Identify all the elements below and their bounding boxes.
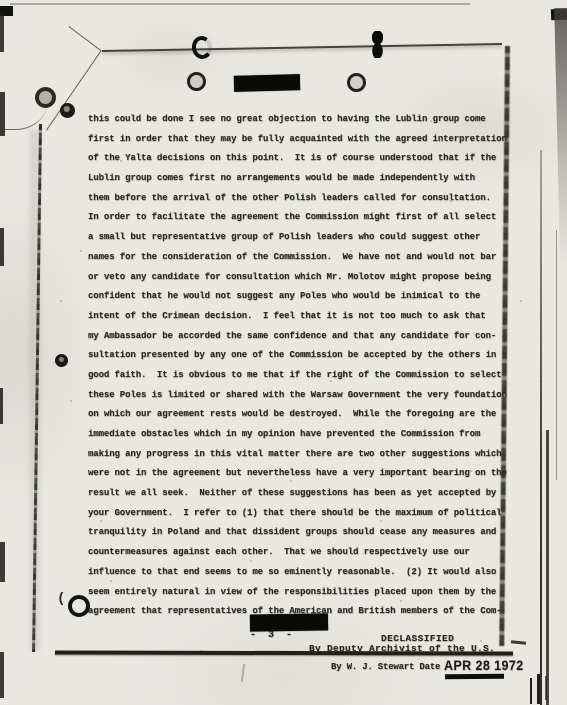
date-stamp-underline xyxy=(445,674,504,679)
typed-text-line: In order to facilitate the agreement the… xyxy=(88,208,518,228)
typed-text-line: on which our agreement rests would be de… xyxy=(88,405,518,425)
page-right-border-corner xyxy=(511,640,526,644)
typed-text-line: intent of the Crimean decision. I feel t… xyxy=(88,307,518,327)
document-body: this could be done I see no great object… xyxy=(88,110,518,622)
scan-left-edge-mark xyxy=(0,542,5,582)
hole-punch-icon xyxy=(68,595,90,617)
staple-mark-icon xyxy=(190,35,213,61)
archivist-signature-line: By W. J. Stewart Date xyxy=(331,662,440,672)
typed-text-line: this could be done I see no great object… xyxy=(88,110,518,130)
scan-left-edge-mark xyxy=(0,12,4,52)
typed-text-line: immediate obstacles which in my opinion … xyxy=(88,425,518,445)
scan-mark xyxy=(241,664,245,682)
fastener-mark-icon xyxy=(372,31,383,58)
typed-text-line: sultation presented by any one of the Co… xyxy=(88,346,518,366)
fold-crease-line xyxy=(68,26,101,51)
scan-right-shadow xyxy=(550,8,567,268)
pen-paren-mark: ( xyxy=(57,591,65,607)
outer-page-edge-line xyxy=(556,230,557,480)
date-stamp: APR 28 1972 xyxy=(444,658,524,673)
scan-mark xyxy=(530,678,532,704)
typed-text-line: countermeasures against each other. That… xyxy=(88,543,518,563)
scan-left-edge-mark xyxy=(0,228,4,266)
scan-mark xyxy=(545,676,547,700)
typed-text-line: agreement that representatives of the Am… xyxy=(88,602,518,622)
typed-text-line: influence to that end seems to me so emi… xyxy=(88,563,518,583)
typed-text-line: tranquility in Poland and that dissident… xyxy=(88,523,518,543)
typed-text-line: these Poles is limited or shared with th… xyxy=(88,386,518,406)
declassified-stamp-subtitle: By Deputy Archivist of the U.S. xyxy=(309,643,495,654)
outer-page-edge-line xyxy=(540,150,542,705)
typed-text-line: first in order that they may be fully ac… xyxy=(88,130,518,150)
grommet-icon xyxy=(35,87,56,108)
scan-top-hairline xyxy=(10,3,470,5)
typed-text-line: seem entirely natural in view of the res… xyxy=(88,583,518,603)
hole-punch-icon xyxy=(55,354,68,367)
typed-text-line: them before the arrival of the other Pol… xyxy=(88,189,518,209)
scanned-document-page: ( this could be done I see no great obje… xyxy=(0,0,567,705)
typed-text-line: names for the consideration of the Commi… xyxy=(88,248,518,268)
typed-text-line: your Government. I refer to (1) that the… xyxy=(88,504,518,524)
typed-text-line: confident that he would not suggest any … xyxy=(88,287,518,307)
grommet-icon xyxy=(60,103,75,118)
page-left-border-smudge xyxy=(29,130,40,650)
scan-mark xyxy=(537,674,540,704)
outer-page-edge-line xyxy=(546,430,549,705)
scan-left-edge-mark xyxy=(0,388,3,424)
typed-text-line: or veto any candidate for consultation w… xyxy=(88,268,518,288)
page-top-border xyxy=(102,43,502,52)
typed-text-line: making any progress in this vital matter… xyxy=(88,445,518,465)
scan-left-edge-mark xyxy=(0,652,4,698)
redaction-bar-top xyxy=(234,74,300,92)
page-number: - 3 - xyxy=(250,630,295,641)
typed-text-line: Lublin group comes first no arrangements… xyxy=(88,169,518,189)
typed-text-line: were not in the agreement but neverthele… xyxy=(88,464,518,484)
paper-speckles xyxy=(0,0,2,2)
typed-text-line: of the Yalta decisions on this point. It… xyxy=(88,149,518,169)
hole-punch-icon xyxy=(347,73,366,92)
typed-text-line: a small but representative group of Poli… xyxy=(88,228,518,248)
typed-text-line: result we all seek. Neither of these sug… xyxy=(88,484,518,504)
hole-punch-icon xyxy=(187,72,206,91)
typed-text-line: my Ambassador be accorded the same confi… xyxy=(88,327,518,347)
typed-text-line: good faith. It is obvious to me that if … xyxy=(88,366,518,386)
